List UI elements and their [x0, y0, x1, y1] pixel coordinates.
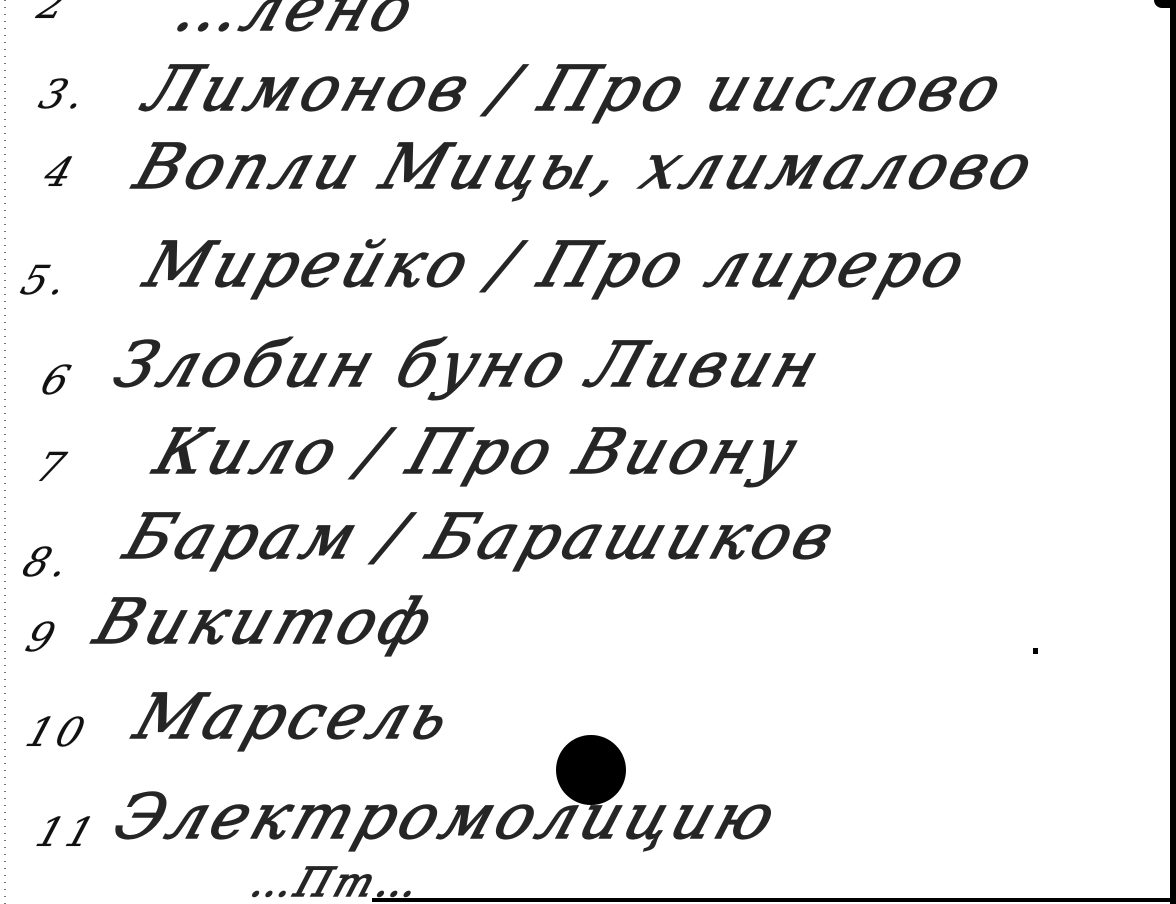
item-text: …лено	[166, 0, 426, 45]
item-number: 8.	[17, 540, 78, 586]
corner-ink-blob	[1154, 0, 1176, 8]
item-number: 4	[39, 150, 83, 196]
bottom-rule-line	[372, 898, 1174, 902]
item-number: 2	[32, 0, 76, 28]
scanned-page: 2 …лено 3. Лимонов / Про иислово 4 Вопли…	[0, 0, 1176, 904]
stray-ink-mark	[1033, 648, 1038, 654]
left-edge-speckle	[4, 0, 6, 904]
item-number: 9	[20, 615, 64, 661]
right-page-border	[1170, 0, 1176, 904]
item-text: Барам / Барашиков	[116, 500, 847, 573]
item-number: 3.	[34, 72, 95, 118]
item-text: Вопли Мицы, хлималово	[126, 130, 1045, 203]
item-number: 6	[35, 358, 79, 404]
item-number: 10	[20, 710, 94, 756]
item-number: 11	[30, 810, 104, 856]
item-number: 5.	[15, 258, 76, 304]
item-text: Электромолицию	[106, 780, 788, 853]
item-text: Викитоф	[86, 585, 445, 658]
ink-blot	[556, 735, 626, 805]
item-text: Марсель	[126, 680, 463, 753]
item-text: Кило / Про Виону	[146, 415, 809, 488]
item-text: Злобин буно Ливин	[106, 328, 832, 401]
item-text: Лимонов / Про иислово	[136, 52, 1014, 125]
item-number: 7	[30, 445, 74, 491]
item-text: Мирейко / Про лиреро	[136, 228, 978, 301]
